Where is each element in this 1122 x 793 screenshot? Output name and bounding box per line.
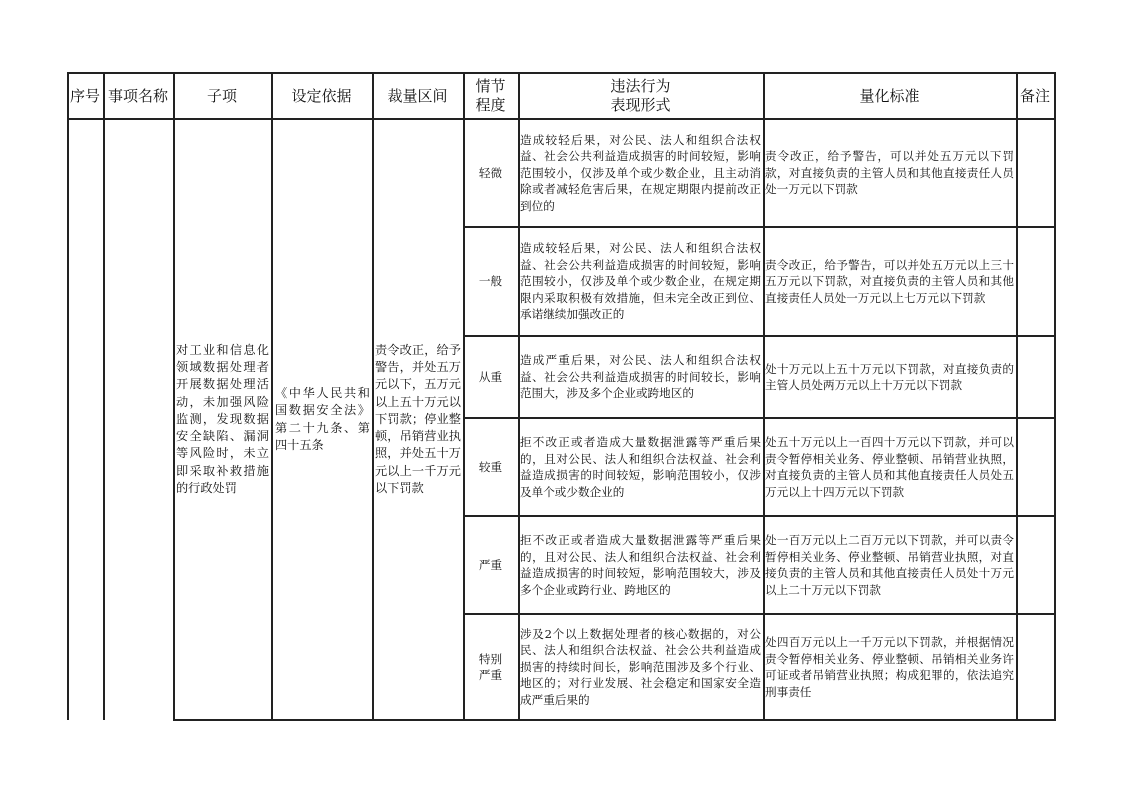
col-divider	[271, 72, 273, 721]
col-divider	[763, 72, 765, 721]
severity-cell-1: 轻微	[463, 119, 518, 227]
header-sub-item-label: 子项	[207, 87, 237, 106]
standard-cell-3: 处十万元以上五十万元以下罚款，对直接负责的主管人员处两万元以上十万元以下罚款	[763, 336, 1016, 418]
severity-label: 轻微	[465, 165, 516, 182]
sub-item-value: 对工业和信息化领域数据处理者开展数据处理活动，未加强风险监测，发现数据安全缺陷、…	[176, 342, 269, 498]
table-border-right	[1054, 72, 1056, 721]
standard-cell-6: 处四百万元以上一千万元以下罚款，并根据情况责令暂停相关业务、停业整顿、吊销相关业…	[763, 614, 1016, 720]
row-divider	[463, 335, 1055, 337]
violation-cell-2: 造成较轻后果，对公民、法人和组织合法权益、社会公共利益造成损害的时间较短，影响范…	[518, 227, 763, 336]
header-quantification-label: 量化标准	[859, 87, 919, 106]
header-violation-forms: 违法行为 表现形式	[518, 73, 763, 119]
standard-text: 责令改正，给予警告，可以并处五万元以上三十五万元以下罚款，对直接负责的主管人员和…	[765, 257, 1014, 307]
remark-cell-3	[1016, 336, 1054, 418]
violation-cell-1: 造成较轻后果，对公民、法人和组织合法权益、社会公共利益造成损害的时间较短，影响范…	[518, 119, 763, 227]
standard-text: 处五十万元以上一百四十万元以下罚款，并可以责令暂停相关业务、停业整顿、吊销营业执…	[765, 434, 1014, 500]
row-divider	[463, 515, 1055, 517]
header-sub-item: 子项	[173, 73, 271, 119]
header-remarks: 备注	[1016, 73, 1054, 119]
header-quantification: 量化标准	[763, 73, 1016, 119]
remark-cell-1	[1016, 119, 1054, 227]
severity-label: 一般	[465, 273, 516, 290]
standard-cell-5: 处一百万元以上二百万元以下罚款，并可以责令暂停相关业务、停业整顿、吊销营业执照，…	[763, 516, 1016, 614]
standard-cell-2: 责令改正，给予警告，可以并处五万元以上三十五万元以下罚款，对直接负责的主管人员和…	[763, 227, 1016, 336]
table-border-top	[67, 72, 1055, 74]
violation-text: 造成严重后果，对公民、法人和组织合法权益、社会公共利益造成损害的时间较长，影响范…	[520, 352, 761, 402]
header-severity-label: 情节 程度	[475, 77, 505, 115]
col-divider	[463, 72, 465, 721]
col-divider	[372, 72, 374, 721]
remark-cell-6	[1016, 614, 1054, 720]
col-divider	[518, 72, 520, 721]
header-violation-forms-label: 违法行为 表现形式	[610, 77, 670, 115]
header-severity: 情节 程度	[463, 73, 518, 119]
violation-cell-5: 拒不改正或者造成大量数据泄露等严重后果的，且对公民、法人和组织合法权益、社会利益…	[518, 516, 763, 614]
severity-label: 特别 严重	[465, 651, 516, 684]
violation-text: 造成较轻后果，对公民、法人和组织合法权益、社会公共利益造成损害的时间较短，影响范…	[520, 132, 761, 215]
header-seq: 序号	[67, 73, 103, 119]
legal-basis-cell: 《中华人民共和国数据安全法》第二十九条、第四十五条	[273, 119, 372, 720]
severity-cell-6: 特别 严重	[463, 614, 518, 720]
severity-cell-5: 严重	[463, 516, 518, 614]
severity-label: 从重	[465, 369, 516, 386]
standard-text: 责令改正，给予警告，可以并处五万元以下罚款，对直接负责的主管人员和其他直接责任人…	[765, 148, 1014, 198]
severity-cell-4: 较重	[463, 418, 518, 516]
violation-text: 拒不改正或者造成大量数据泄露等严重后果的，且对公民、法人和组织合法权益、社会利益…	[520, 434, 761, 500]
table-border-bottom	[173, 719, 1055, 721]
item-name-cell	[103, 119, 173, 720]
violation-text: 造成较轻后果，对公民、法人和组织合法权益、社会公共利益造成损害的时间较短，影响范…	[520, 240, 761, 323]
violation-cell-6: 涉及2个以上数据处理者的核心数据的，对公民、法人和组织合法权益、社会公共利益造成…	[518, 614, 763, 720]
col-divider	[103, 72, 105, 720]
row-divider	[463, 226, 1055, 228]
remark-cell-4	[1016, 418, 1054, 516]
header-penalty-range: 裁量区间	[372, 73, 463, 119]
penalty-range-value: 责令改正，给予警告，并处五万元以下，五万元以上五十万元以下罚款；停业整顿，吊销营…	[375, 342, 461, 498]
remark-cell-2	[1016, 227, 1054, 336]
penalty-range-cell: 责令改正，给予警告，并处五万元以下，五万元以上五十万元以下罚款；停业整顿，吊销营…	[373, 119, 463, 720]
header-seq-label: 序号	[70, 87, 100, 106]
severity-cell-3: 从重	[463, 336, 518, 418]
violation-cell-4: 拒不改正或者造成大量数据泄露等严重后果的，且对公民、法人和组织合法权益、社会利益…	[518, 418, 763, 516]
header-legal-basis: 设定依据	[271, 73, 372, 119]
remark-cell-5	[1016, 516, 1054, 614]
standard-text: 处一百万元以上二百万元以下罚款，并可以责令暂停相关业务、停业整顿、吊销营业执照，…	[765, 532, 1014, 598]
header-item-name: 事项名称	[103, 73, 173, 119]
col-divider	[1016, 72, 1018, 721]
violation-cell-3: 造成严重后果，对公民、法人和组织合法权益、社会公共利益造成损害的时间较长，影响范…	[518, 336, 763, 418]
standard-text: 处四百万元以上一千万元以下罚款，并根据情况责令暂停相关业务、停业整顿、吊销相关业…	[765, 634, 1014, 700]
header-item-name-label: 事项名称	[108, 87, 168, 106]
standard-cell-1: 责令改正，给予警告，可以并处五万元以下罚款，对直接负责的主管人员和其他直接责任人…	[763, 119, 1016, 227]
violation-text: 拒不改正或者造成大量数据泄露等严重后果的，且对公民、法人和组织合法权益、社会利益…	[520, 532, 761, 598]
header-legal-basis-label: 设定依据	[291, 87, 351, 106]
sub-item-cell: 对工业和信息化领域数据处理者开展数据处理活动，未加强风险监测，发现数据安全缺陷、…	[174, 119, 271, 720]
standard-cell-4: 处五十万元以上一百四十万元以下罚款，并可以责令暂停相关业务、停业整顿、吊销营业执…	[763, 418, 1016, 516]
col-divider	[173, 72, 175, 721]
seq-cell	[67, 119, 103, 720]
header-remarks-label: 备注	[1020, 87, 1050, 106]
row-divider	[463, 417, 1055, 419]
standard-text: 处十万元以上五十万元以下罚款，对直接负责的主管人员处两万元以上十万元以下罚款	[765, 361, 1014, 394]
violation-text: 涉及2个以上数据处理者的核心数据的，对公民、法人和组织合法权益、社会公共利益造成…	[520, 626, 761, 709]
header-divider	[67, 118, 1055, 120]
col-divider	[67, 72, 69, 720]
severity-label: 严重	[465, 557, 516, 574]
severity-cell-2: 一般	[463, 227, 518, 336]
legal-basis-value: 《中华人民共和国数据安全法》第二十九条、第四十五条	[275, 385, 370, 454]
header-penalty-range-label: 裁量区间	[387, 87, 447, 106]
row-divider	[463, 613, 1055, 615]
severity-label: 较重	[465, 459, 516, 476]
